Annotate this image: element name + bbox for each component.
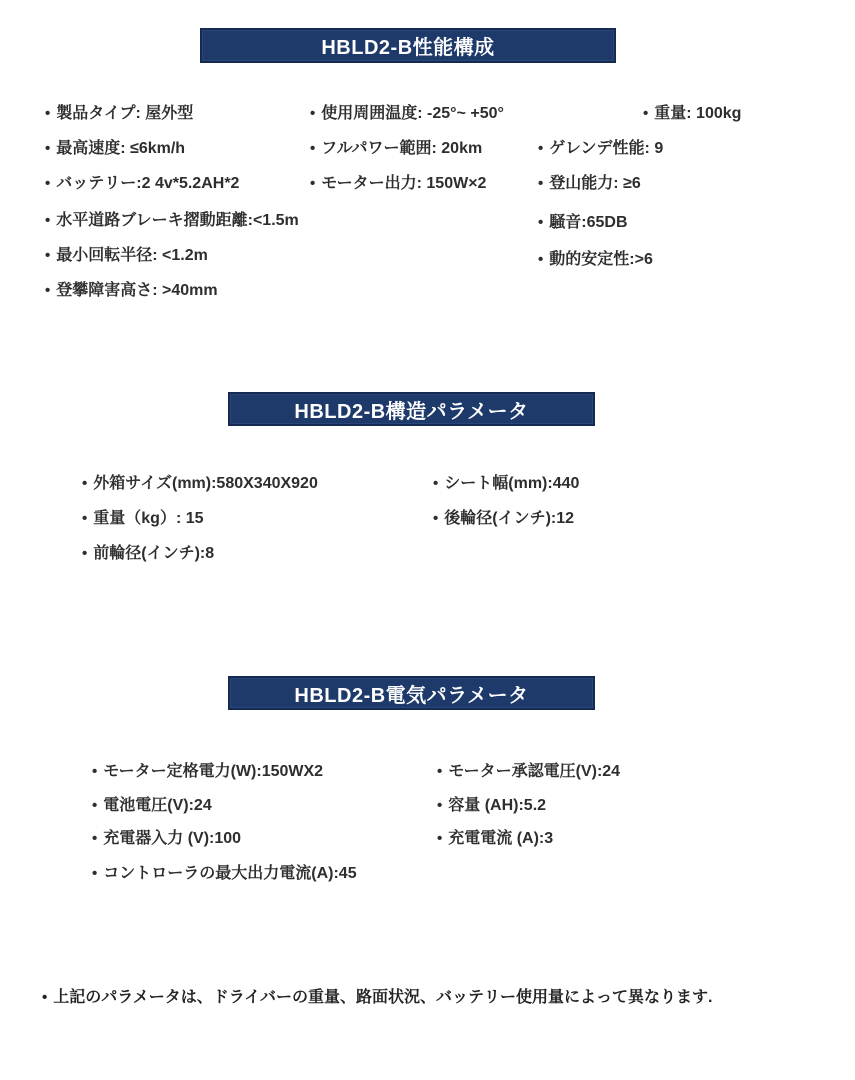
footer-disclaimer-text: 上記のパラメータは、ドライバーの重量、路面状況、バッテリー使用量によって異なりま… xyxy=(53,989,712,1006)
spec-motor-output: •モーター出力: 150W×2 xyxy=(310,174,486,194)
spec-text: 重量（kg）: 15 xyxy=(93,510,203,527)
bullet-icon: • xyxy=(437,797,442,814)
spec-text: 水平道路ブレーキ摺動距離:<1.5m xyxy=(56,212,299,229)
spec-climbing-ability: •登山能力: ≥6 xyxy=(538,174,641,194)
spec-text: 最高速度: ≤6km/h xyxy=(56,140,185,157)
spec-text: 登山能力: ≥6 xyxy=(549,175,640,192)
spec-charging-current: •充電電流 (A):3 xyxy=(437,829,553,849)
spec-product-type: •製品タイプ: 屋外型 xyxy=(45,104,193,124)
spec-text: 前輪径(インチ):8 xyxy=(93,545,214,562)
spec-text: モーター承認電圧(V):24 xyxy=(448,763,620,780)
spec-text: ゲレンデ性能: 9 xyxy=(549,140,663,157)
spec-text: 登攀障害高さ: >40mm xyxy=(56,282,217,299)
section-structure-title: HBLD2-B構造パラメータ xyxy=(294,395,528,424)
bullet-icon: • xyxy=(82,545,87,562)
spec-text: 充電器入力 (V):100 xyxy=(103,830,241,847)
spec-text: シート幅(mm):440 xyxy=(444,475,579,492)
spec-text: モーター出力: 150W×2 xyxy=(321,175,486,192)
bullet-icon: • xyxy=(45,247,50,264)
section-structure-header: HBLD2-B構造パラメータ xyxy=(228,392,595,426)
spec-text: 充電電流 (A):3 xyxy=(448,830,553,847)
spec-min-turning-radius: •最小回転半径: <1.2m xyxy=(45,246,208,266)
spec-text: 製品タイプ: 屋外型 xyxy=(56,105,193,122)
section-performance-title: HBLD2-B性能構成 xyxy=(321,31,494,60)
bullet-icon: • xyxy=(437,830,442,847)
spec-weight: •重量（kg）: 15 xyxy=(82,509,204,529)
bullet-icon: • xyxy=(82,510,87,527)
section-electrical-header: HBLD2-B電気パラメータ xyxy=(228,676,595,710)
bullet-icon: • xyxy=(433,475,438,492)
spec-text: 容量 (AH):5.2 xyxy=(448,797,546,814)
spec-text: フルパワー範囲: 20km xyxy=(321,140,482,157)
bullet-icon: • xyxy=(92,830,97,847)
bullet-icon: • xyxy=(45,212,50,229)
bullet-icon: • xyxy=(45,140,50,157)
bullet-icon: • xyxy=(45,282,50,299)
spec-text: 使用周囲温度: -25°~ +50° xyxy=(321,105,504,122)
bullet-icon: • xyxy=(538,175,543,192)
bullet-icon: • xyxy=(433,510,438,527)
bullet-icon: • xyxy=(437,763,442,780)
spec-battery-voltage: •電池電圧(V):24 xyxy=(92,796,212,816)
spec-text: 電池電圧(V):24 xyxy=(103,797,211,814)
bullet-icon: • xyxy=(92,797,97,814)
spec-ambient-temperature: •使用周囲温度: -25°~ +50° xyxy=(310,104,504,124)
bullet-icon: • xyxy=(538,140,543,157)
spec-seat-width: •シート幅(mm):440 xyxy=(433,474,579,494)
spec-max-speed: •最高速度: ≤6km/h xyxy=(45,139,185,159)
bullet-icon: • xyxy=(643,105,648,122)
bullet-icon: • xyxy=(310,140,315,157)
bullet-icon: • xyxy=(538,214,543,231)
bullet-icon: • xyxy=(82,475,87,492)
bullet-icon: • xyxy=(92,865,97,882)
spec-text: 騒音:65DB xyxy=(549,214,627,231)
bullet-icon: • xyxy=(45,105,50,122)
spec-front-wheel-diameter: •前輪径(インチ):8 xyxy=(82,544,214,564)
spec-obstacle-climb-height: •登攀障害高さ: >40mm xyxy=(45,281,218,301)
spec-text: 最小回転半径: <1.2m xyxy=(56,247,208,264)
section-electrical-title: HBLD2-B電気パラメータ xyxy=(294,679,528,708)
spec-rear-wheel-diameter: •後輪径(インチ):12 xyxy=(433,509,574,529)
spec-full-power-range: •フルパワー範囲: 20km xyxy=(310,139,482,159)
bullet-icon: • xyxy=(42,989,47,1006)
bullet-icon: • xyxy=(92,763,97,780)
bullet-icon: • xyxy=(310,175,315,192)
spec-capacity: •容量 (AH):5.2 xyxy=(437,796,546,816)
spec-controller-max-output-current: •コントローラの最大出力電流(A):45 xyxy=(92,864,357,884)
spec-battery: •バッテリー:2 4v*5.2AH*2 xyxy=(45,174,239,194)
spec-braking-distance: •水平道路ブレーキ摺動距離:<1.5m xyxy=(45,211,299,231)
spec-noise: •騒音:65DB xyxy=(538,213,628,233)
spec-slope-performance: •ゲレンデ性能: 9 xyxy=(538,139,663,159)
spec-load-weight: •重量: 100kg xyxy=(643,104,741,124)
bullet-icon: • xyxy=(45,175,50,192)
spec-text: コントローラの最大出力電流(A):45 xyxy=(103,865,356,882)
spec-motor-rated-power: •モーター定格電力(W):150WX2 xyxy=(92,762,323,782)
footer-disclaimer: •上記のパラメータは、ドライバーの重量、路面状況、バッテリー使用量によって異なり… xyxy=(42,988,712,1008)
section-performance-header: HBLD2-B性能構成 xyxy=(200,28,616,63)
bullet-icon: • xyxy=(538,251,543,268)
spec-sheet-page: HBLD2-B性能構成 •製品タイプ: 屋外型 •使用周囲温度: -25°~ +… xyxy=(0,0,855,1080)
spec-outer-box-size: •外箱サイズ(mm):580X340X920 xyxy=(82,474,318,494)
spec-text: 外箱サイズ(mm):580X340X920 xyxy=(93,475,318,492)
spec-text: 重量: 100kg xyxy=(654,105,741,122)
spec-text: 後輪径(インチ):12 xyxy=(444,510,574,527)
spec-motor-approved-voltage: •モーター承認電圧(V):24 xyxy=(437,762,620,782)
bullet-icon: • xyxy=(310,105,315,122)
spec-charger-input: •充電器入力 (V):100 xyxy=(92,829,241,849)
spec-text: バッテリー:2 4v*5.2AH*2 xyxy=(56,175,239,192)
spec-dynamic-stability: •動的安定性:>6 xyxy=(538,250,653,270)
spec-text: モーター定格電力(W):150WX2 xyxy=(103,763,323,780)
spec-text: 動的安定性:>6 xyxy=(549,251,653,268)
